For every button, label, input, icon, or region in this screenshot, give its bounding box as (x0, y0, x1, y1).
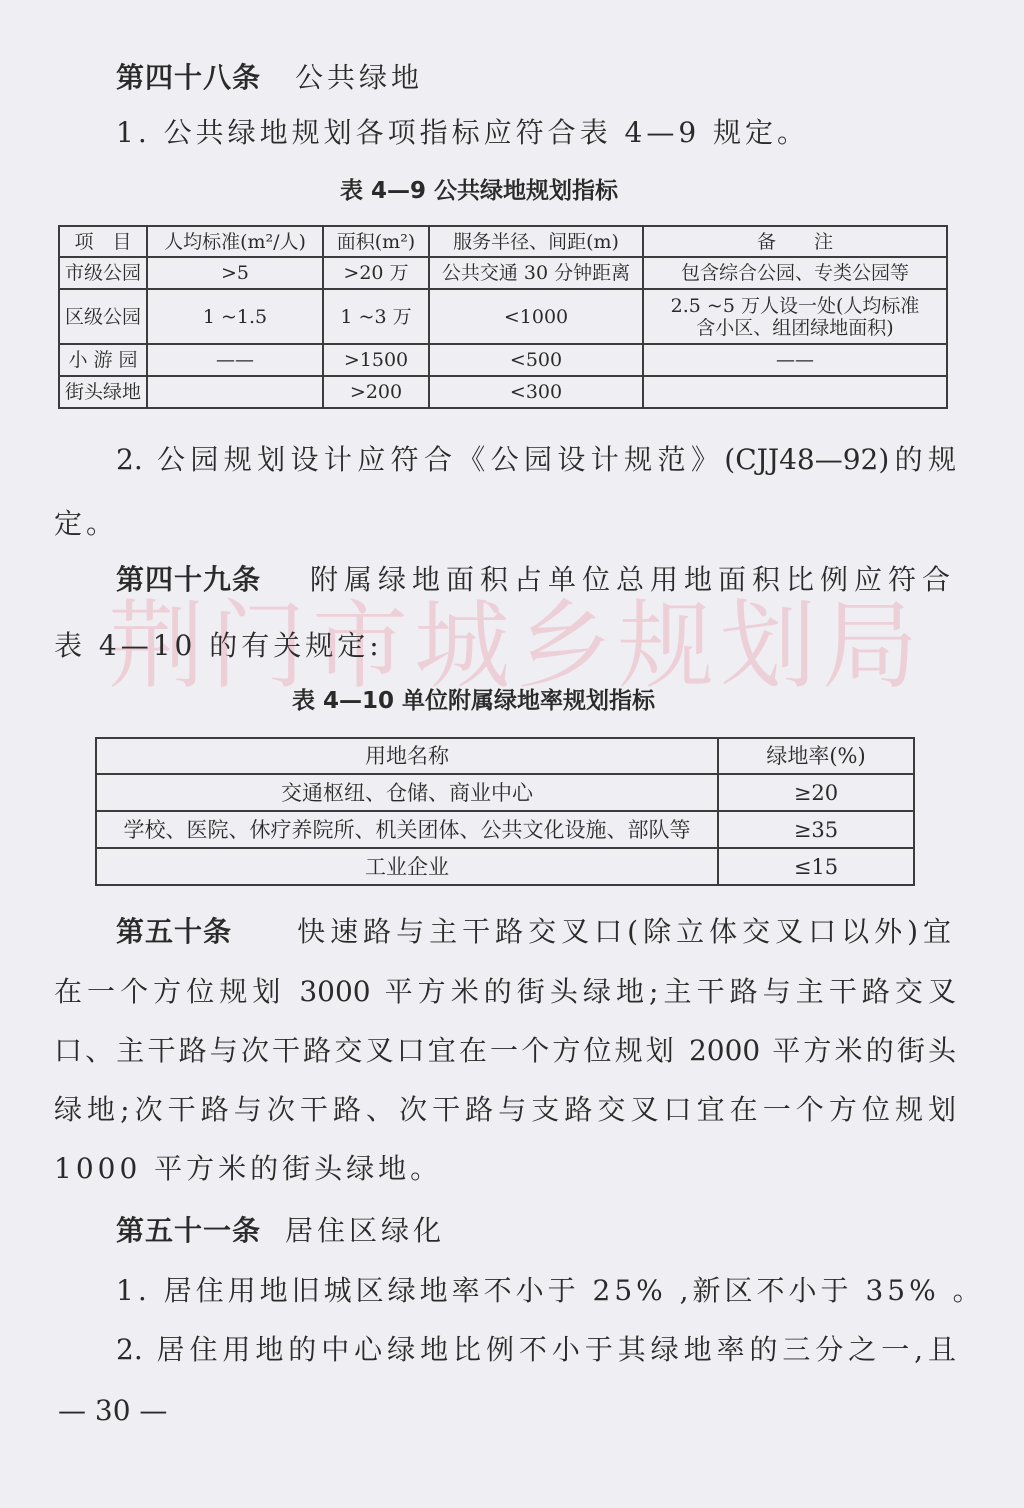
table-row: 区级公园 1 ~1.5 1 ~3 万 <1000 2.5 ~5 万人设一处(人均… (59, 289, 947, 344)
table-header-row: 用地名称 绿地率(%) (96, 738, 914, 774)
article-50-line5: 1000 平方米的街头绿地。 (54, 1151, 442, 1187)
cell: <500 (429, 344, 643, 376)
header-cell: 用地名称 (96, 738, 718, 774)
table-4-9-caption: 表 4—9 公共绿地规划指标 (340, 172, 618, 205)
article-48-title: 公共绿地 (295, 61, 423, 94)
table-4-9: 项 目 人均标准(m²/人) 面积(m²) 服务半径、间距(m) 备 注 市级公… (58, 225, 948, 409)
cell: >200 (323, 376, 429, 408)
article-51-p2: 2. 居住用地的中心绿地比例不小于其绿地率的三分之一,且 (116, 1332, 956, 1368)
article-48-p2-line1: 2. 公园规划设计应符合《公园设计规范》(CJJ48—92)的规 (116, 442, 956, 478)
cell: >1500 (323, 344, 429, 376)
article-51-heading: 第五十一条 (116, 1214, 261, 1247)
article-49-line1: 第四十九条 附属绿地面积占单位总用地面积比例应符合 (116, 562, 956, 598)
cell: 1 ~3 万 (323, 289, 429, 344)
article-50-heading: 第五十条 (116, 914, 232, 950)
cell (147, 376, 323, 408)
cell: 学校、医院、休疗养院所、机关团体、公共文化设施、部队等 (96, 811, 718, 848)
cell (643, 376, 947, 408)
header-cell: 项 目 (59, 226, 147, 257)
table-row: 小 游 园 —— >1500 <500 —— (59, 344, 947, 376)
header-cell: 备 注 (643, 226, 947, 257)
table-4-10: 用地名称 绿地率(%) 交通枢纽、仓储、商业中心 ≥20 学校、医院、休疗养院所… (95, 737, 915, 886)
cell: —— (643, 344, 947, 376)
article-50-text: 快速路与主干路交叉口(除立体交叉口以外)宜 (297, 914, 956, 950)
article-49-heading: 第四十九条 (116, 562, 261, 598)
cell: 包含综合公园、专类公园等 (643, 257, 947, 289)
cell: —— (147, 344, 323, 376)
cell: <300 (429, 376, 643, 408)
article-50-line3: 口、主干路与次干路交叉口宜在一个方位规划 2000 平方米的街头 (54, 1033, 956, 1069)
article-49-line2: 表 4—10 的有关规定: (54, 628, 383, 664)
cell: ≥20 (718, 774, 914, 811)
table-row: 学校、医院、休疗养院所、机关团体、公共文化设施、部队等 ≥35 (96, 811, 914, 848)
cell: 1 ~1.5 (147, 289, 323, 344)
cell: ≥35 (718, 811, 914, 848)
cell: >20 万 (323, 257, 429, 289)
article-51-title: 居住区绿化 (285, 1214, 445, 1247)
remark-line: 含小区、组团绿地面积) (644, 317, 946, 339)
table-4-10-caption: 表 4—10 单位附属绿地率规划指标 (292, 682, 655, 715)
cell: 市级公园 (59, 257, 147, 289)
article-48-heading: 第四十八条 (116, 61, 261, 94)
article-50-line1: 第五十条 快速路与主干路交叉口(除立体交叉口以外)宜 (116, 914, 956, 950)
article-48-p1: 1. 公共绿地规划各项指标应符合表 4—9 规定。 (116, 115, 809, 151)
cell: <1000 (429, 289, 643, 344)
article-50-line4: 绿地;次干路与次干路、次干路与支路交叉口宜在一个方位规划 (54, 1092, 956, 1128)
remark-line: 2.5 ~5 万人设一处(人均标准 (644, 295, 946, 317)
header-cell: 绿地率(%) (718, 738, 914, 774)
table-row: 街头绿地 >200 <300 (59, 376, 947, 408)
article-48-heading-line: 第四十八条公共绿地 (116, 60, 423, 96)
table-row: 交通枢纽、仓储、商业中心 ≥20 (96, 774, 914, 811)
article-48-p2-line2: 定。 (54, 506, 118, 542)
article-50-line2: 在一个方位规划 3000 平方米的街头绿地;主干路与主干路交叉 (54, 974, 956, 1010)
table-row: 市级公园 >5 >20 万 公共交通 30 分钟距离 包含综合公园、专类公园等 (59, 257, 947, 289)
table-row: 工业企业 ≤15 (96, 848, 914, 885)
cell: ≤15 (718, 848, 914, 885)
header-cell: 服务半径、间距(m) (429, 226, 643, 257)
table-header-row: 项 目 人均标准(m²/人) 面积(m²) 服务半径、间距(m) 备 注 (59, 226, 947, 257)
header-cell: 人均标准(m²/人) (147, 226, 323, 257)
cell: 区级公园 (59, 289, 147, 344)
cell: >5 (147, 257, 323, 289)
article-51-p1: 1. 居住用地旧城区绿地率不小于 25% ,新区不小于 35% 。 (116, 1273, 985, 1309)
article-51-heading-line: 第五十一条居住区绿化 (116, 1213, 445, 1249)
page-number: — 30 — (58, 1394, 167, 1427)
article-49-text: 附属绿地面积占单位总用地面积比例应符合 (310, 562, 956, 598)
cell: 小 游 园 (59, 344, 147, 376)
cell: 交通枢纽、仓储、商业中心 (96, 774, 718, 811)
header-cell: 面积(m²) (323, 226, 429, 257)
cell: 2.5 ~5 万人设一处(人均标准 含小区、组团绿地面积) (643, 289, 947, 344)
cell: 公共交通 30 分钟距离 (429, 257, 643, 289)
cell: 工业企业 (96, 848, 718, 885)
cell: 街头绿地 (59, 376, 147, 408)
